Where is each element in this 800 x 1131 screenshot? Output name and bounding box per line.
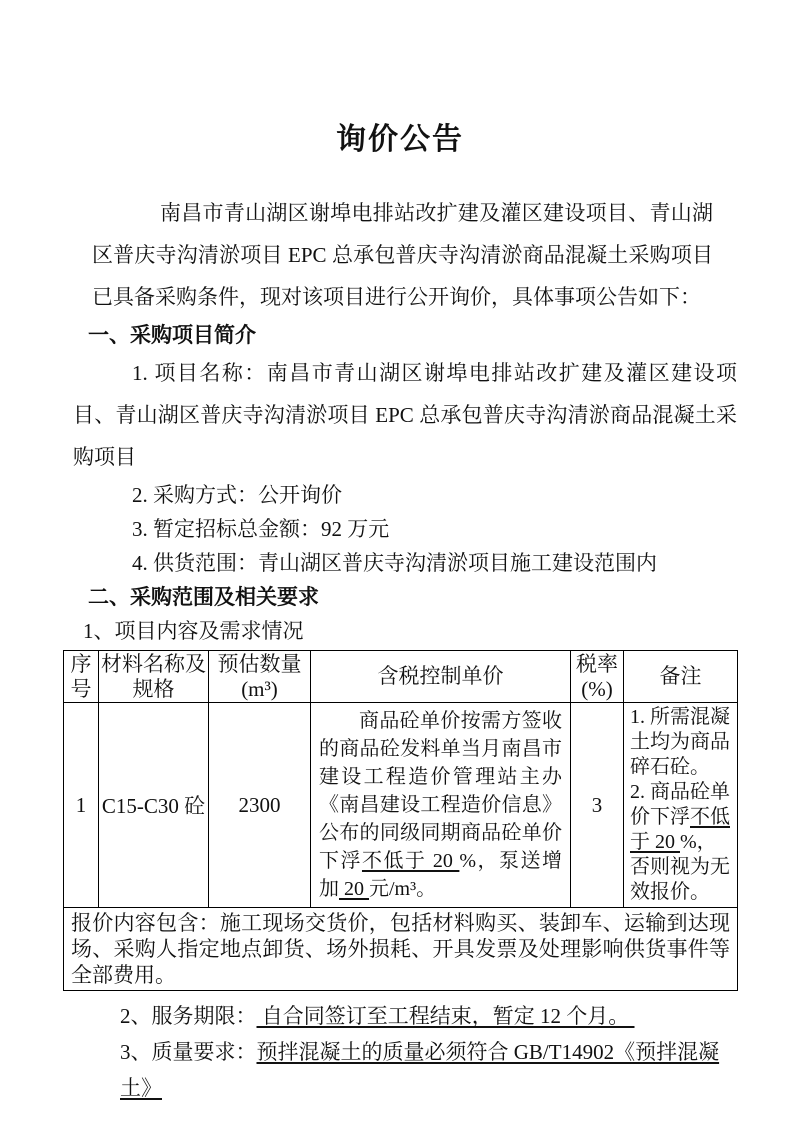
- document-page: 询价公告 南昌市青山湖区谢埠电排站改扩建及灌区建设项目、青山湖区普庆寺沟清淤项目…: [0, 0, 800, 1131]
- cell-quantity: 2300: [209, 703, 311, 908]
- section-1-heading: 一、采购项目简介: [88, 318, 737, 352]
- section-1-item-method: 2. 采购方式：公开询价: [132, 478, 737, 512]
- cell-material: C15-C30 砼: [99, 703, 209, 908]
- section-1-item-scope: 4. 供货范围：青山湖区普庆寺沟清淤项目施工建设范围内: [132, 546, 737, 580]
- table-footer-row: 报价内容包含：施工现场交货价，包括材料购买、装卸车、运输到达现场、采购人指定地点…: [64, 908, 738, 991]
- col-header-remark: 备注: [624, 651, 738, 703]
- col-header-tax-rate: 税率 (%): [571, 651, 624, 703]
- section-2-sub3-quality-requirement: 3、质量要求：预拌混凝土的质量必须符合 GB/T14902《预拌混凝土》: [120, 1034, 737, 1106]
- table-header-row: 序 号 材料名称及 规格 预估数量 (m³) 含税控制单价 税率 (%) 备注: [64, 651, 738, 703]
- section-1-item-project-name: 1. 项目名称：南昌市青山湖区谢埠电排站改扩建及灌区建设项目、青山湖区普庆寺沟清…: [73, 352, 737, 478]
- table-row: 1 C15-C30 砼 2300 商品砼单价按需方签收的商品砼发料单当月南昌市建…: [64, 703, 738, 908]
- cell-unit-price: 商品砼单价按需方签收的商品砼发料单当月南昌市建设工程造价管理站主办《南昌建设工程…: [311, 703, 571, 908]
- document-body: 南昌市青山湖区谢埠电排站改扩建及灌区建设项目、青山湖区普庆寺沟清淤项目 EPC …: [63, 192, 737, 1106]
- col-header-material: 材料名称及 规格: [99, 651, 209, 703]
- procurement-table: 序 号 材料名称及 规格 预估数量 (m³) 含税控制单价 税率 (%) 备注 …: [63, 650, 738, 991]
- section-2-heading: 二、采购范围及相关要求: [88, 580, 737, 614]
- cell-serial: 1: [64, 703, 99, 908]
- intro-paragraph: 南昌市青山湖区谢埠电排站改扩建及灌区建设项目、青山湖区普庆寺沟清淤项目 EPC …: [92, 192, 713, 318]
- section-2-sub1: 1、项目内容及需求情况: [83, 614, 737, 648]
- col-header-serial: 序 号: [64, 651, 99, 703]
- service-term-label: 2、服务期限：: [120, 1004, 257, 1028]
- col-header-unit-price: 含税控制单价: [311, 651, 571, 703]
- col-header-quantity: 预估数量 (m³): [209, 651, 311, 703]
- cell-remark: 1. 所需混凝土均为商品碎石砼。2. 商品砼单价下浮不低于 20 %，否则视为无…: [624, 703, 738, 908]
- quality-requirement-label: 3、质量要求：: [120, 1040, 257, 1064]
- service-term-value: 自合同签订至工程结束，暂定 12 个月。: [257, 1004, 635, 1028]
- section-2-sub2-service-term: 2、服务期限： 自合同签订至工程结束，暂定 12 个月。: [120, 998, 737, 1034]
- section-1-item-budget: 3. 暂定招标总金额：92 万元: [132, 512, 737, 546]
- cell-quote-scope-note: 报价内容包含：施工现场交货价，包括材料购买、装卸车、运输到达现场、采购人指定地点…: [64, 908, 738, 991]
- document-title: 询价公告: [0, 0, 800, 162]
- cell-tax-rate: 3: [571, 703, 624, 908]
